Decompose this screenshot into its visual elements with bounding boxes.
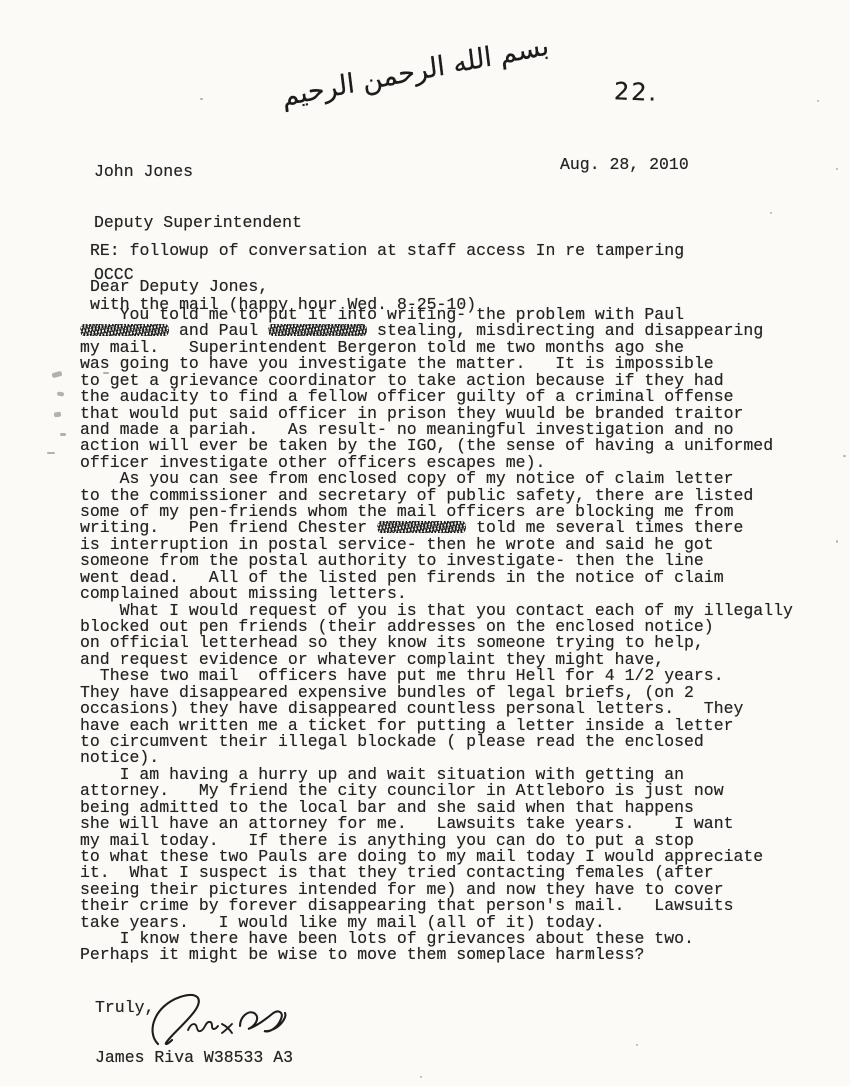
scan-smudge bbox=[60, 433, 66, 436]
signed-name: James Riva W38533 A3 bbox=[95, 1048, 293, 1067]
scan-smudge bbox=[103, 372, 109, 374]
signature-handwriting bbox=[146, 988, 318, 1056]
recipient-name: John Jones bbox=[94, 163, 302, 180]
scan-speck bbox=[770, 212, 772, 214]
scan-smudge bbox=[54, 412, 62, 418]
letter-body: You told me to put it into writing- the … bbox=[80, 307, 793, 964]
scan-smudge bbox=[57, 391, 65, 396]
letter-date: Aug. 28, 2010 bbox=[560, 155, 689, 174]
scan-speck bbox=[420, 1076, 422, 1078]
scan-smudge bbox=[47, 452, 55, 454]
scan-speck bbox=[200, 98, 203, 100]
handwritten-page-number: 22. bbox=[614, 77, 659, 107]
scan-speck bbox=[418, 300, 420, 302]
salutation: Dear Deputy Jones, bbox=[90, 277, 268, 296]
scan-speck bbox=[817, 100, 819, 102]
subject-line-1: RE: followup of conversation at staff ac… bbox=[90, 242, 684, 260]
scanned-letter-page: بسم الله الرحمن الرحيم 22. John Jones De… bbox=[0, 0, 850, 1086]
scan-speck bbox=[836, 540, 838, 543]
scan-smudge bbox=[52, 371, 63, 378]
redacted-name-scribble bbox=[377, 521, 466, 533]
body-line: Perhaps it might be wise to move them so… bbox=[80, 947, 793, 963]
body-line: to circumvent their illegal blockade ( p… bbox=[80, 734, 793, 750]
scan-speck bbox=[836, 168, 838, 170]
scan-speck bbox=[636, 1044, 638, 1046]
bismillah-handwriting: بسم الله الرحمن الرحيم bbox=[290, 13, 555, 142]
scan-speck bbox=[843, 455, 846, 457]
redacted-name-scribble bbox=[268, 324, 367, 336]
redacted-name-scribble bbox=[80, 324, 169, 336]
